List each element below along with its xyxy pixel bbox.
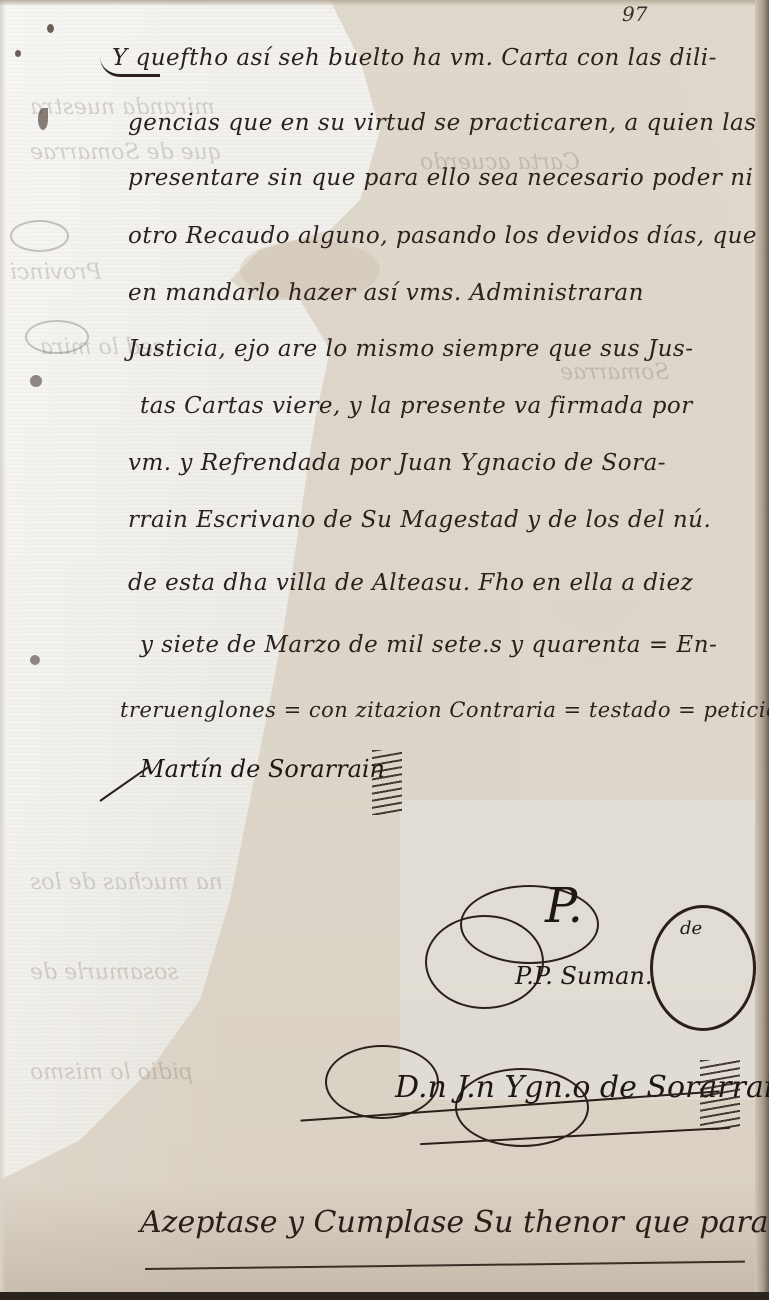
ink-blot [38,108,48,130]
text-line-3: presentare sin que para ello sea necesar… [128,165,753,191]
text-line-11: y siete de Marzo de mil sete.s y quarent… [140,632,717,658]
ink-blot [30,375,42,387]
ink-blot [47,24,54,33]
signature-p-p-suman: P.P. Suman. [515,962,653,990]
bleed-through-loop [10,220,69,252]
ink-blot [30,655,40,665]
text-line-4: otro Recaudo alguno, pasando los devidos… [128,223,757,249]
text-line-1: Y queftho así seh buelto ha vm. Carta co… [112,45,717,71]
signature-rubric [700,1060,740,1130]
text-line-9: rrain Escrivano de Su Magestad y de los … [128,507,711,533]
closing-acceptance-line: Azeptase y Cumplase Su thenor que para e… [140,1205,769,1240]
text-line-10: de esta dha villa de Alteasu. Fho en ell… [128,570,693,596]
page-right-edge [755,0,769,1300]
stain-bottom-edge [0,1180,769,1300]
text-line-2: gencias que en su virtud se practicaren,… [128,110,757,136]
manuscript-page: miranda nuestra que de Somarrae Provinci… [0,0,769,1300]
signature-loop [650,905,756,1031]
page-top-edge [0,0,769,6]
signature-rubric [372,750,402,815]
text-line-7: tas Cartas viere, y la presente va firma… [140,393,693,419]
text-line-5: en mandarlo hazer así vms. Administraran [128,280,644,306]
signature-martin-de-sorarrain: Martín de Sorarrain [140,755,385,783]
bleed-through-text: sosamurle de [30,960,179,985]
bleed-through-loop [25,320,89,354]
ink-blot [15,50,21,57]
folio-number: 97 [622,2,647,26]
text-line-6: Justicia, ejo are lo mismo siempre que s… [128,336,694,362]
bleed-through-text: na muchas de los [30,870,223,895]
bleed-through-text: pidio lo mismo [30,1060,193,1085]
text-line-8: vm. y Refrendada por Juan Ygnacio de Sor… [128,450,666,476]
page-left-edge [0,0,6,1300]
bleed-through-text: que de Somarrae [30,140,222,165]
signature-initial-p: P. [545,878,583,934]
bleed-through-text: Somarrae [560,360,669,385]
page-bottom-edge [0,1292,769,1300]
text-line-12: treruenglones = con zitazion Contraria =… [120,698,769,722]
bleed-through-text: Provinci [10,260,102,285]
